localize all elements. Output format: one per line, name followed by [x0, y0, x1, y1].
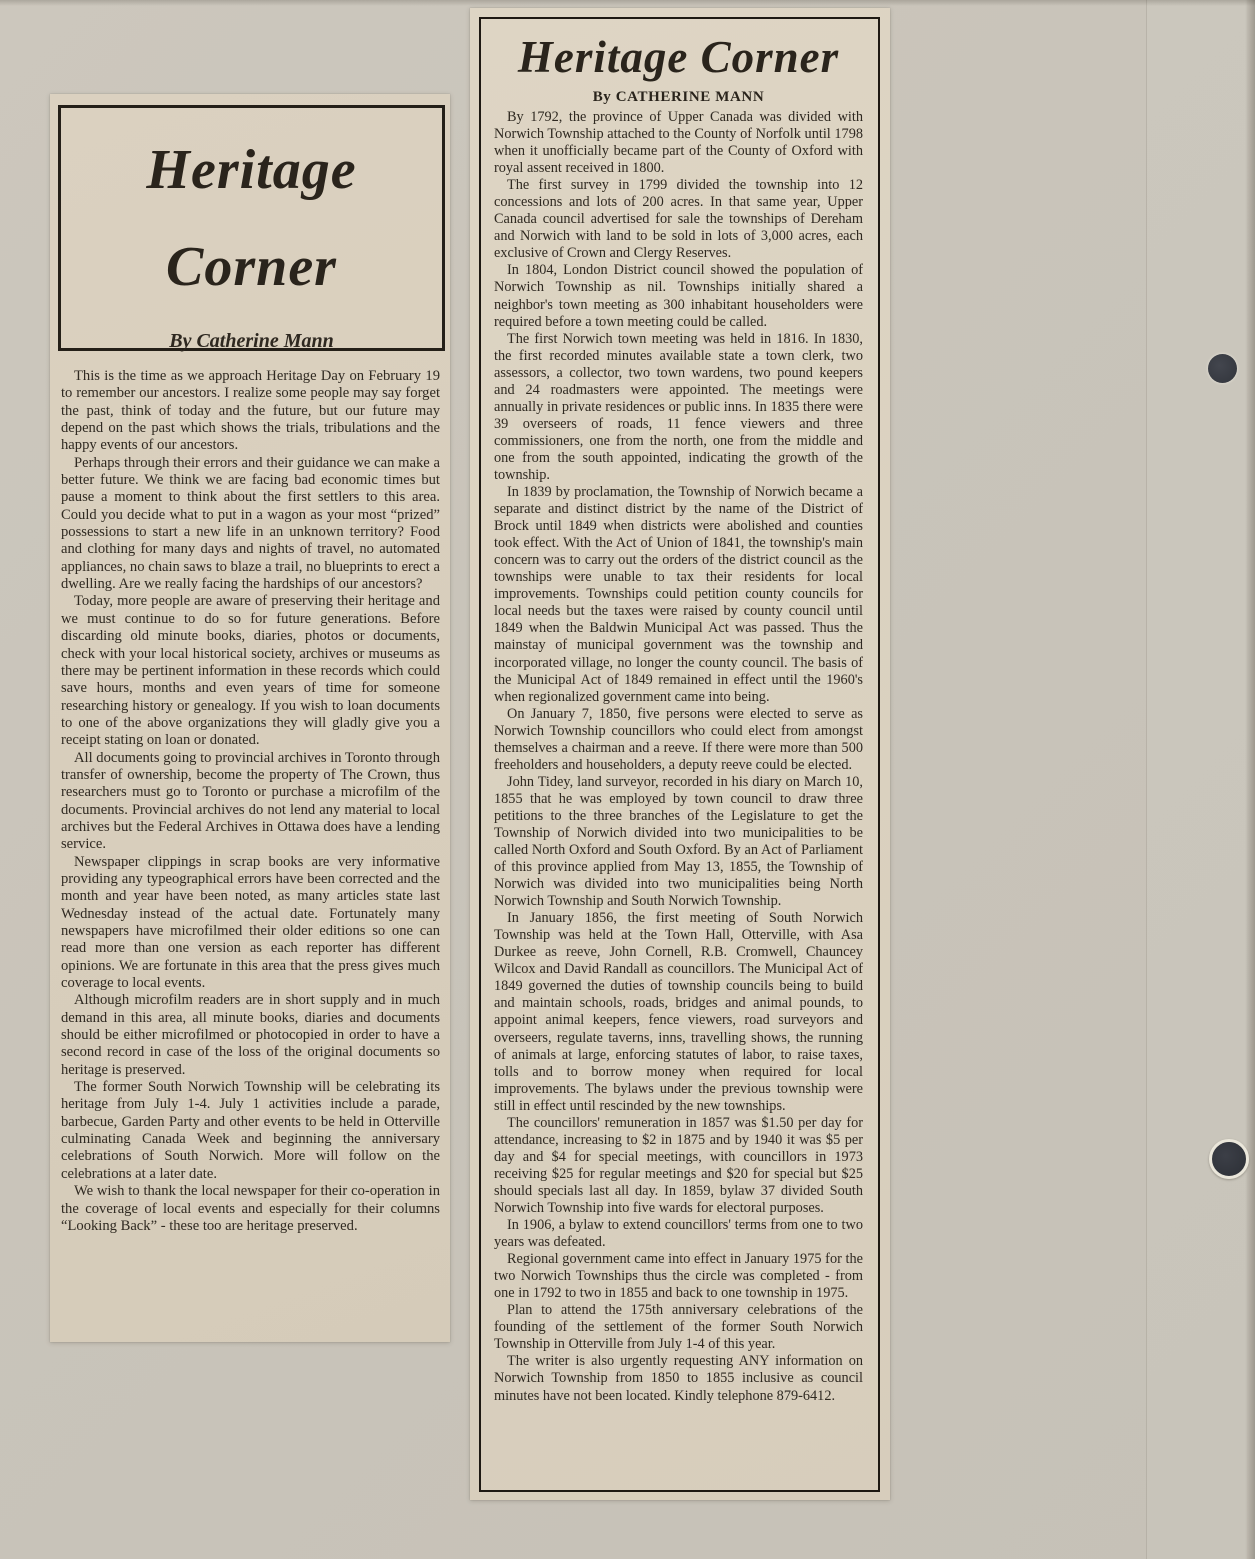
left-newspaper-clipping: Heritage Corner By Catherine Mann This i… [50, 94, 450, 1342]
left-headline-line2: Corner [61, 219, 442, 316]
article-paragraph: All documents going to provincial archiv… [61, 750, 440, 854]
right-byline: By CATHERINE MANN [494, 89, 863, 106]
article-paragraph: Regional government came into effect in … [494, 1251, 863, 1302]
article-paragraph: In 1839 by proclamation, the Township of… [494, 484, 863, 706]
right-article-body: By 1792, the province of Upper Canada wa… [494, 109, 863, 1405]
article-paragraph: By 1792, the province of Upper Canada wa… [494, 109, 863, 177]
article-paragraph: The writer is also urgently requesting A… [494, 1353, 863, 1404]
page-seam-highlight [1147, 0, 1247, 1559]
page-top-shadow [0, 0, 1255, 6]
article-paragraph: The first Norwich town meeting was held … [494, 331, 863, 484]
article-paragraph: In January 1856, the first meeting of So… [494, 910, 863, 1115]
article-paragraph: John Tidey, land surveyor, recorded in h… [494, 774, 863, 910]
article-paragraph: Newspaper clippings in scrap books are v… [61, 854, 440, 993]
article-paragraph: Perhaps through their errors and their g… [61, 455, 440, 594]
right-headline: Heritage Corner [494, 31, 863, 83]
article-paragraph: Although microfilm readers are in short … [61, 992, 440, 1079]
article-paragraph: In 1906, a bylaw to extend councillors' … [494, 1217, 863, 1251]
left-article-body: This is the time as we approach Heritage… [50, 351, 450, 1235]
right-newspaper-clipping: Heritage Corner By CATHERINE MANN By 179… [470, 8, 890, 1500]
punch-hole-icon [1208, 354, 1237, 383]
right-clipping-border-frame: Heritage Corner By CATHERINE MANN By 179… [479, 17, 880, 1492]
article-paragraph: The former South Norwich Township will b… [61, 1079, 440, 1183]
article-paragraph: Today, more people are aware of preservi… [61, 593, 440, 749]
page-crease [1146, 0, 1147, 1559]
left-headline-box: Heritage Corner By Catherine Mann [58, 105, 445, 351]
article-paragraph: In 1804, London District council showed … [494, 262, 863, 330]
article-paragraph: Plan to attend the 175th anniversary cel… [494, 1302, 863, 1353]
page-edge-shadow [1245, 0, 1255, 1559]
article-paragraph: The first survey in 1799 divided the tow… [494, 177, 863, 262]
left-headline-line1: Heritage [61, 122, 442, 219]
left-byline: By Catherine Mann [61, 330, 442, 353]
scrapbook-page: Heritage Corner By Catherine Mann This i… [0, 0, 1255, 1559]
punch-hole-icon [1209, 1139, 1249, 1179]
article-paragraph: The councillors' remuneration in 1857 wa… [494, 1115, 863, 1217]
article-paragraph: On January 7, 1850, five persons were el… [494, 706, 863, 774]
article-paragraph: This is the time as we approach Heritage… [61, 368, 440, 455]
article-paragraph: We wish to thank the local newspaper for… [61, 1183, 440, 1235]
